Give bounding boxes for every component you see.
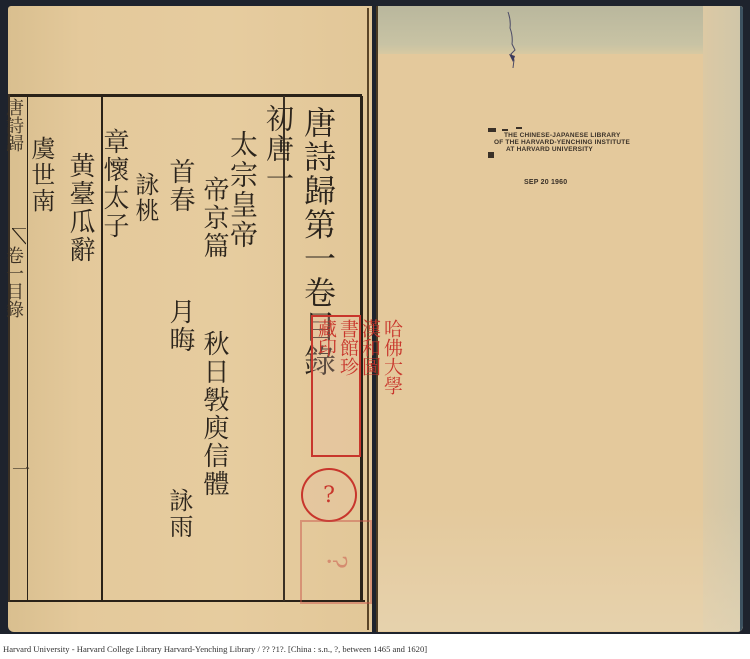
- margin-title: 唐詩歸: [2, 98, 26, 152]
- discoloration-band: [378, 6, 743, 54]
- page-edge: [740, 6, 743, 632]
- seal-column: 漢和圖: [359, 319, 381, 453]
- seal-column: 哈佛大學: [381, 319, 403, 453]
- ink-blot-icon: [505, 10, 519, 70]
- author-entry: 虞世南: [24, 136, 59, 214]
- paper-wear: [378, 506, 743, 631]
- library-seal: 哈佛大學 漢和圖 書館珍 藏印: [311, 315, 361, 457]
- image-caption: Harvard University - Harvard College Lib…: [3, 644, 427, 654]
- poem-entry: 月晦: [162, 298, 199, 354]
- seal-column: 藏印: [315, 319, 337, 453]
- faint-seal: ?: [300, 520, 372, 604]
- poem-entry: 秋日斅庾信體: [196, 330, 233, 498]
- seal-glyph: ?: [321, 555, 351, 569]
- stamp-date: SEP 20 1960: [524, 179, 567, 186]
- seal-glyph: ?: [323, 483, 335, 508]
- author-entry: 章懷太子: [96, 128, 133, 240]
- poem-entry: 黄臺瓜辭: [62, 152, 99, 264]
- frame-top-rule: [10, 94, 362, 97]
- stamp-mark: [488, 128, 496, 132]
- section-heading: 初唐一: [262, 104, 294, 194]
- stamp-line: AT HARVARD UNIVERSITY: [506, 146, 593, 153]
- fishtail-icon: [12, 228, 26, 246]
- stamp-line: OF THE HARVARD-YENCHING INSTITUTE: [494, 139, 630, 146]
- poem-entry: 首春: [162, 158, 199, 214]
- stamp-mark: [488, 152, 494, 158]
- stamp-line: THE CHINESE-JAPANESE LIBRARY: [504, 132, 620, 139]
- margin-juan: 卷一目錄: [2, 246, 26, 318]
- poem-entry: 詠雨: [162, 488, 197, 540]
- poem-entry: 帝京篇: [196, 176, 233, 260]
- stamp-mark: [502, 129, 508, 131]
- seal-column: 書館珍: [337, 319, 359, 453]
- stamp-mark: [516, 127, 522, 129]
- right-page: [376, 6, 743, 632]
- scanned-image: 唐詩歸 卷一目錄 一 唐詩歸第一卷目錄 初唐一 太宗皇帝 帝京篇 秋日斅庾信體 …: [0, 0, 750, 634]
- oval-seal: ?: [301, 468, 357, 522]
- poem-entry: 詠桃: [128, 172, 163, 224]
- margin-page-number: 一: [6, 460, 32, 480]
- frame-left-rule: [8, 94, 10, 602]
